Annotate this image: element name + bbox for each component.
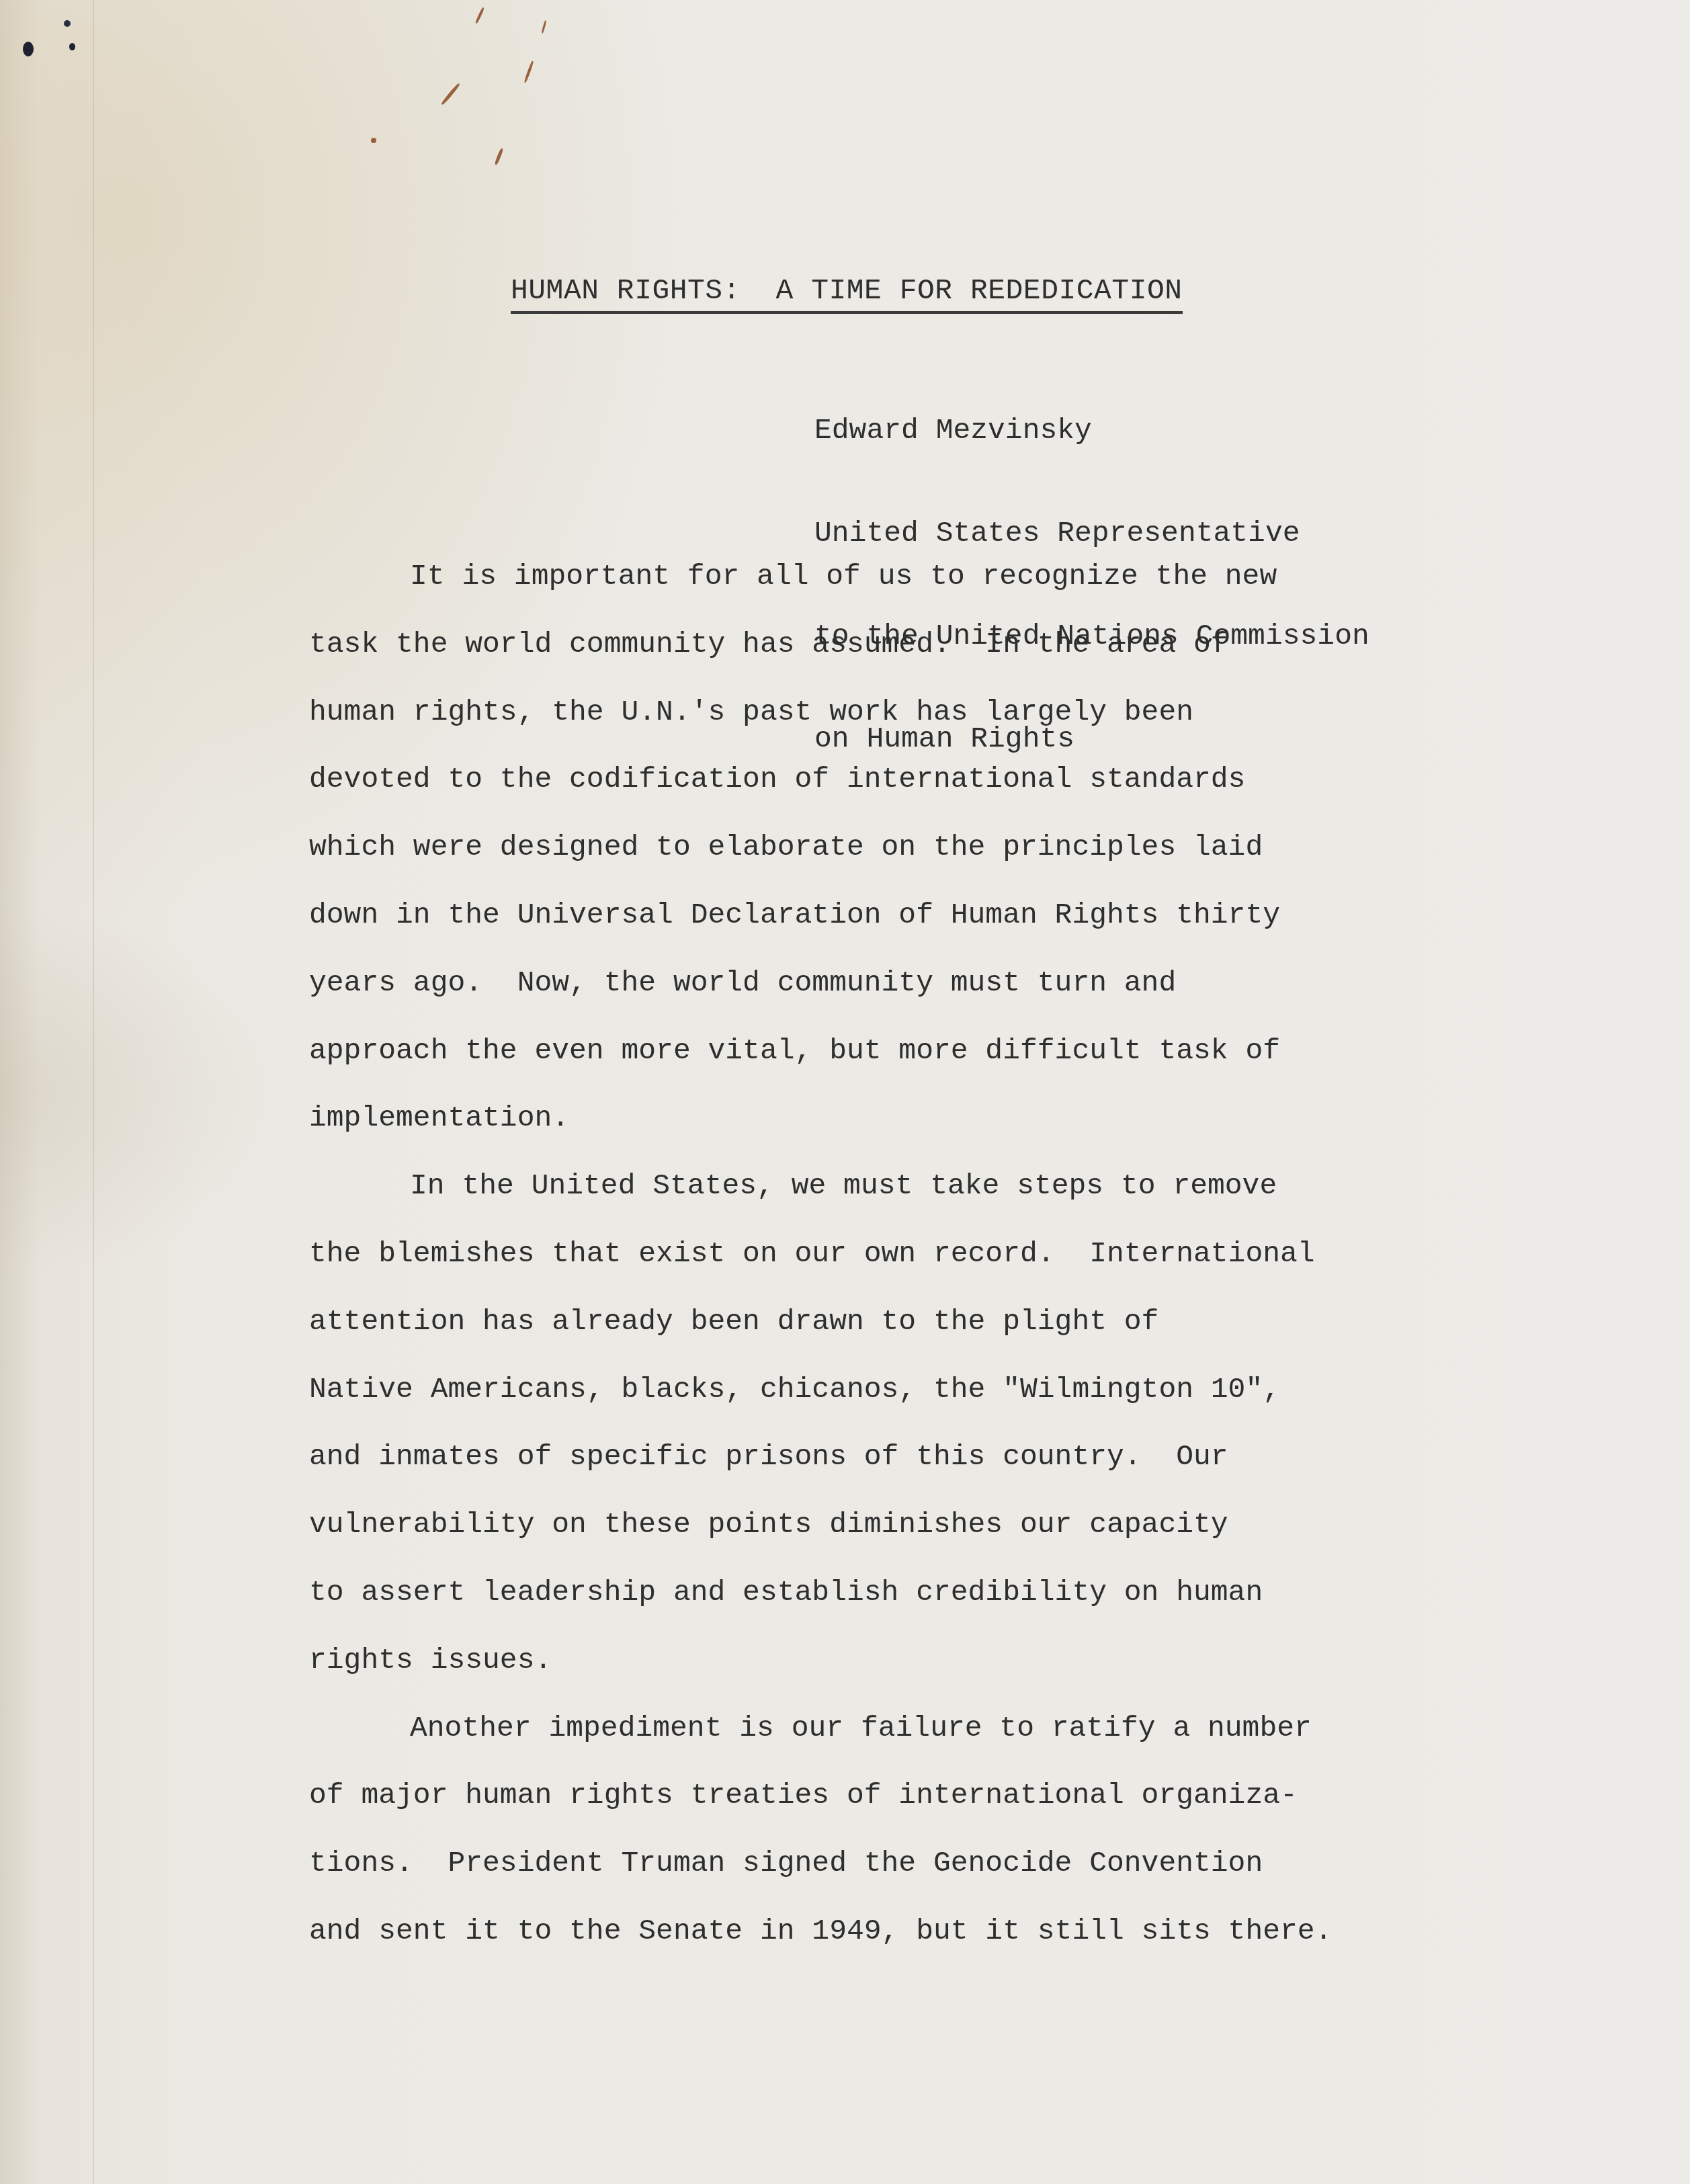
text-line: devoted to the codification of internati…	[309, 746, 1586, 814]
text-line: which were designed to elaborate on the …	[309, 814, 1586, 882]
text-line: approach the even more vital, but more d…	[309, 1017, 1586, 1085]
rust-stain	[441, 83, 461, 106]
text-line: It is important for all of us to recogni…	[309, 543, 1586, 611]
title-block: HUMAN RIGHTS: A TIME FOR REDEDICATION	[511, 274, 1183, 314]
text-line: down in the Universal Declaration of Hum…	[309, 882, 1586, 950]
paragraph-1: It is important for all of us to recogni…	[309, 543, 1586, 1152]
paper-fold-line	[93, 0, 94, 2184]
text-line: years ago. Now, the world community must…	[309, 950, 1586, 1017]
rust-stain	[475, 7, 485, 24]
text-line: Another impediment is our failure to rat…	[309, 1695, 1586, 1763]
text-line: and inmates of specific prisons of this …	[309, 1423, 1586, 1491]
rust-stain	[494, 148, 503, 165]
text-line: rights issues.	[309, 1627, 1586, 1695]
text-line: In the United States, we must take steps…	[309, 1152, 1586, 1220]
paragraph-3: Another impediment is our failure to rat…	[309, 1695, 1586, 1966]
document-title: HUMAN RIGHTS: A TIME FOR REDEDICATION	[511, 274, 1183, 314]
text-line: task the world community has assumed. In…	[309, 611, 1586, 679]
text-line: Native Americans, blacks, chicanos, the …	[309, 1356, 1586, 1424]
rust-stain	[541, 20, 546, 34]
text-line: tions. President Truman signed the Genoc…	[309, 1830, 1586, 1898]
text-line: to assert leadership and establish credi…	[309, 1559, 1586, 1627]
punch-mark	[69, 43, 75, 50]
author-name: Edward Mezvinsky	[814, 413, 1369, 448]
body-text: It is important for all of us to recogni…	[309, 543, 1586, 1966]
text-line: attention has already been drawn to the …	[309, 1288, 1586, 1356]
paragraph-2: In the United States, we must take steps…	[309, 1152, 1586, 1694]
text-line: vulnerability on these points diminishes…	[309, 1491, 1586, 1559]
text-line: of major human rights treaties of intern…	[309, 1762, 1586, 1830]
text-line: human rights, the U.N.'s past work has l…	[309, 679, 1586, 747]
text-line: implementation.	[309, 1085, 1586, 1152]
punch-mark	[64, 20, 71, 27]
rust-stain	[371, 138, 376, 143]
rust-stain	[523, 60, 534, 83]
text-line: the blemishes that exist on our own reco…	[309, 1220, 1586, 1288]
text-line: and sent it to the Senate in 1949, but i…	[309, 1898, 1586, 1966]
punch-mark	[23, 42, 34, 56]
